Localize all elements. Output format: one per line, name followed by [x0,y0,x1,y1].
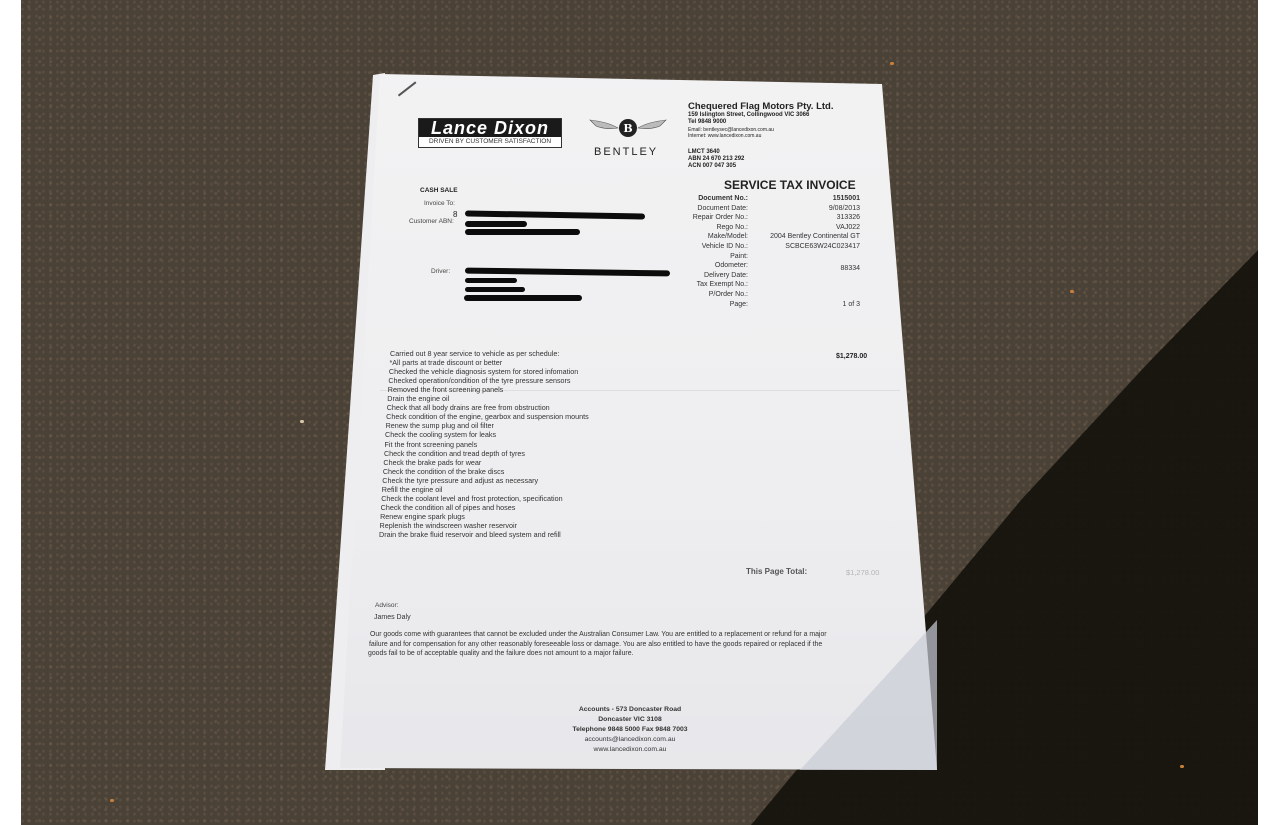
debris [1180,765,1184,768]
customer-abn-label: Customer ABN: [409,218,454,225]
company-abn: ABN 24 670 213 292 [688,156,744,162]
footer-line: Telephone 9848 5000 Fax 9848 7003 [572,726,687,733]
field-label: Make/Model: [708,233,748,240]
field-label: Odometer: [715,262,748,269]
service-amount: $1,278.00 [836,353,867,360]
company-lmct: LMCT 3640 [688,149,720,155]
invoice-title: SERVICE TAX INVOICE [724,178,856,192]
fold-line [380,390,900,391]
redaction [464,295,582,301]
field-label: Paint: [730,253,748,260]
field-value: SCBCE63W24C023417 [785,243,860,250]
advisor-name: James Daly [374,614,411,621]
company-phone: Tel 9848 9000 [688,119,726,125]
service-line: Check the tyre pressure and adjust as ne… [382,476,538,485]
footer-line: accounts@lancedixon.com.au [585,736,676,743]
page-total-value: $1,278.00 [846,568,879,577]
sale-type: CASH SALE [420,187,458,194]
field-value: 9/08/2013 [829,205,860,212]
company-acn: ACN 007 047 305 [688,163,736,169]
service-line: Renew the sump plug and oil filter [386,421,494,430]
advisor-label: Advisor: [375,602,398,609]
logo-name: Lance Dixon [419,119,561,137]
service-line: Replenish the windscreen washer reservoi… [380,521,517,530]
service-line: Check the coolant level and frost protec… [381,494,562,503]
legal-line: failure and for compensation for any oth… [369,641,822,648]
service-line: *All parts at trade discount or better [389,358,502,367]
invoice-to-label: Invoice To: [424,200,455,207]
service-line: Checked the vehicle diagnosis system for… [389,367,578,376]
legal-line: goods fail to be of acceptable quality a… [368,650,633,657]
svg-text:B: B [623,122,632,135]
field-value: 313326 [837,214,860,221]
field-value: 2004 Bentley Continental GT [770,233,860,240]
redaction [465,278,517,283]
brand-name: BENTLEY [594,146,658,158]
service-line: Check the condition all of pipes and hos… [381,503,516,512]
field-label: Delivery Date: [704,272,748,279]
service-line: Renew engine spark plugs [380,512,465,521]
company-name: Chequered Flag Motors Pty. Ltd. [688,101,834,112]
page-total-label: This Page Total: [746,567,807,576]
field-value: 1 of 3 [842,301,860,308]
field-label: Page: [730,301,748,308]
service-line: Check condition of the engine, gearbox a… [386,412,589,421]
redaction [465,229,580,235]
service-line: Check the condition of the brake discs [383,467,504,476]
lance-dixon-logo: Lance Dixon DRIVEN BY CUSTOMER SATISFACT… [418,118,562,148]
driver-label: Driver: [431,268,450,275]
service-line: Fit the front screening panels [385,440,478,449]
service-line: Drain the engine oil [387,394,449,403]
service-line: Checked operation/condition of the tyre … [388,376,570,385]
footer-line: Accounts - 573 Doncaster Road [579,706,681,713]
field-label: Tax Exempt No.: [697,281,748,288]
field-label: Rego No.: [716,224,748,231]
debris [300,420,304,423]
legal-line: Our goods come with guarantees that cann… [370,631,827,638]
logo-tagline: DRIVEN BY CUSTOMER SATISFACTION [419,137,561,146]
service-line: Check the cooling system for leaks [385,430,496,439]
service-line: Check that all body drains are free from… [387,403,550,412]
field-label: Document Date: [697,205,748,212]
field-value: VAJ022 [836,224,860,231]
service-line: Check the brake pads for wear [383,458,481,467]
redaction [465,221,527,227]
redaction [465,287,525,292]
company-address: 159 Islington Street, Collingwood VIC 30… [688,112,809,118]
field-label: P/Order No.: [709,291,748,298]
bentley-wings-icon: B [588,116,668,140]
service-line: Check the condition and tread depth of t… [384,449,525,458]
debris [1070,290,1074,293]
field-label: Repair Order No.: [693,214,748,221]
field-value: 88334 [841,265,860,272]
debris [110,799,114,802]
footer-line: Doncaster VIC 3108 [598,716,661,723]
debris [890,62,894,65]
footer-line: www.lancedixon.com.au [594,746,667,753]
field-label: Vehicle ID No.: [702,243,748,250]
company-website: Internet: www.lancedixon.com.au [688,133,761,139]
service-line: Refill the engine oil [382,485,443,494]
field-value: 1515001 [833,195,860,202]
field-label: Document No.: [698,195,748,202]
service-line: Carried out 8 year service to vehicle as… [390,349,559,358]
service-line: Drain the brake fluid reservoir and blee… [379,530,561,539]
